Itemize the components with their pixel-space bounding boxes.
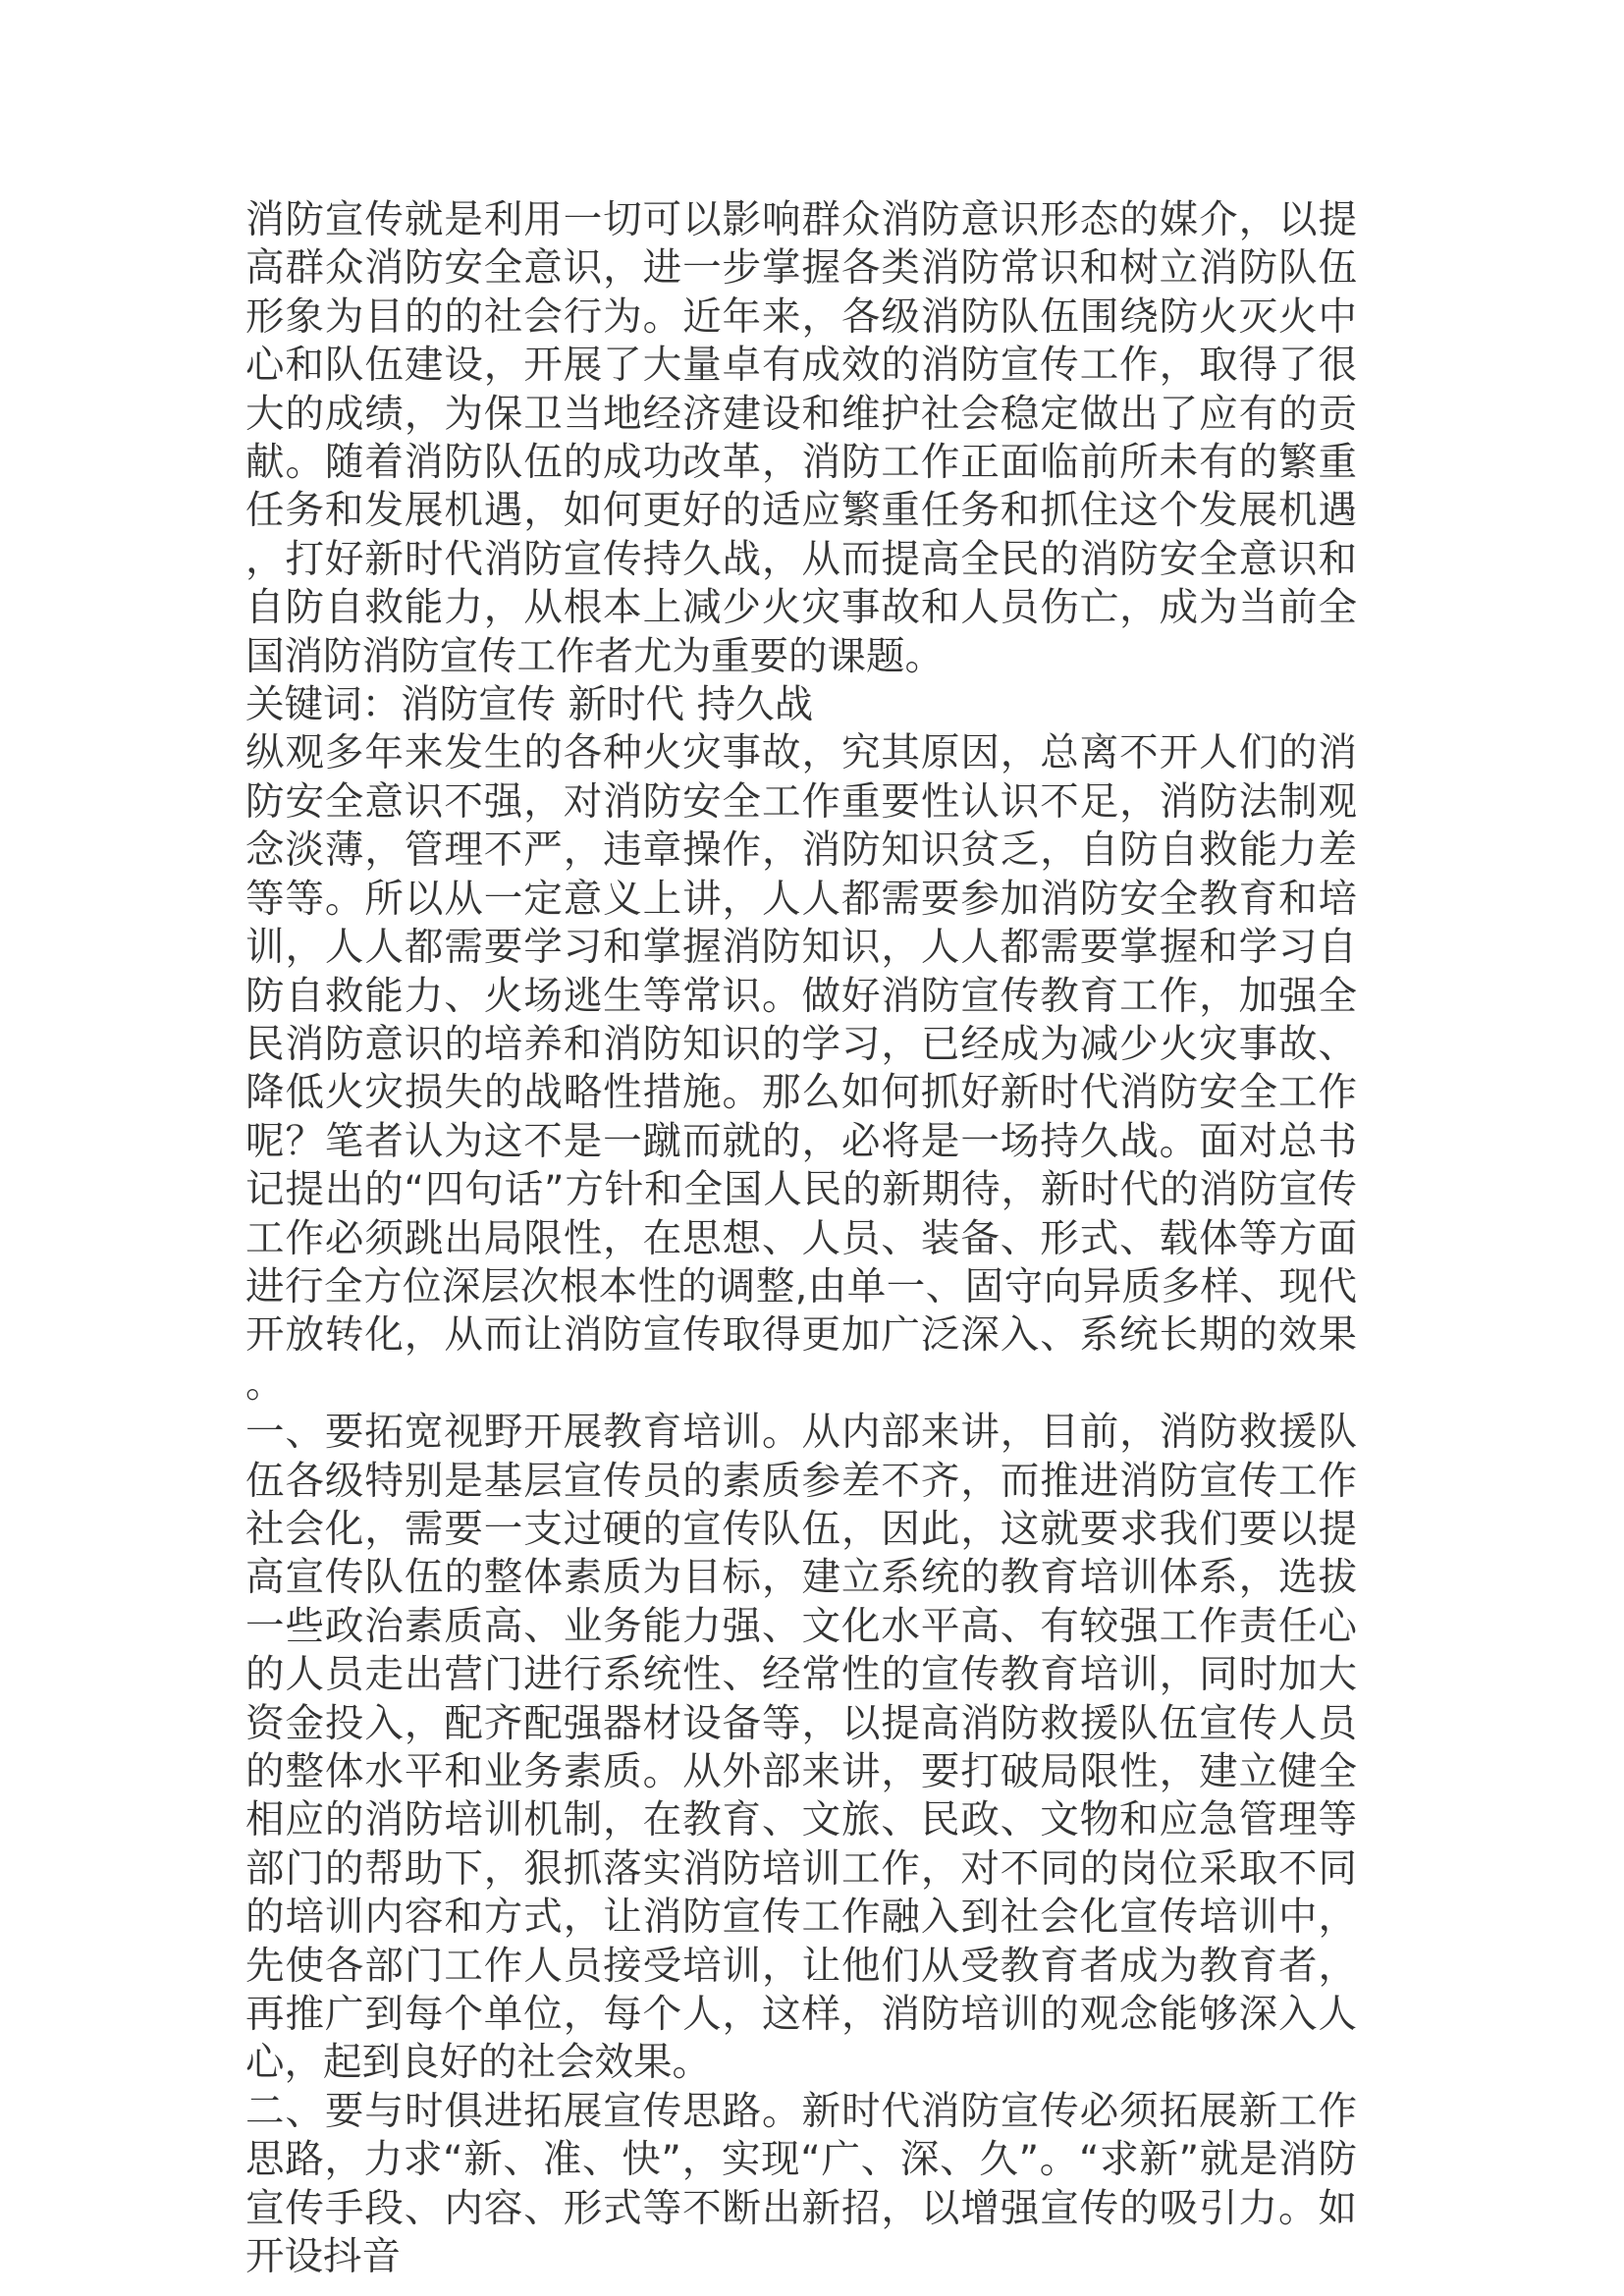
abstract-paragraph: 消防宣传就是利用一切可以影响群众消防意识形态的媒介，以提高群众消防安全意识，进一… (245, 196, 1357, 681)
document-page: 消防宣传就是利用一切可以影响群众消防意识形态的媒介，以提高群众消防安全意识，进一… (245, 196, 1357, 2281)
body-paragraph-causes: 纵观多年来发生的各种火灾事故，究其原因，总离不开人们的消防安全意识不强，对消防安… (245, 729, 1357, 1409)
body-paragraph-section-1: 一、要拓宽视野开展教育培训。从内部来讲，目前，消防救援队伍各级特别是基层宣传员的… (245, 1409, 1357, 2088)
body-paragraph-section-2: 二、要与时俱进拓展宣传思路。新时代消防宣传必须拓展新工作思路，力求“新、准、快”… (245, 2088, 1357, 2282)
keywords-line: 关键词：消防宣传 新时代 持久战 (245, 681, 1357, 729)
